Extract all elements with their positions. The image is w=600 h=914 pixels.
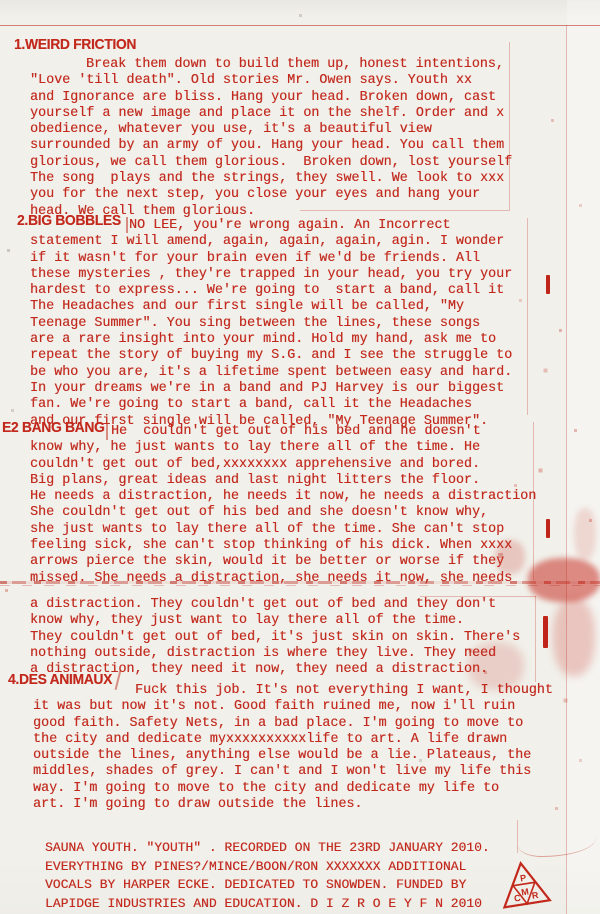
text-line: He couldn't get out of his bed and he do… — [30, 424, 550, 440]
credit-line: SAUNA YOUTH. "YOUTH" . RECORDED ON THE 2… — [45, 839, 490, 858]
text-line: The song plays and the strings, they swe… — [30, 171, 550, 187]
section-paragraph: He couldn't get out of his bed and he do… — [30, 424, 550, 587]
top-rule — [0, 25, 600, 26]
text-line: In your dreams we're in a band and PJ Ha… — [30, 381, 550, 397]
section-paragraph: a distraction. They couldn't get out of … — [30, 597, 550, 678]
text-line: middles, shades of grey. I can't and I w… — [33, 764, 553, 780]
text-line: glorious, we call them glorious. Broken … — [30, 155, 550, 171]
section-heading: 1.WEIRD FRICTION — [14, 36, 136, 53]
text-line: outside the lines, anything else would b… — [33, 748, 553, 764]
section-paragraph: Fuck this job. It's not everything I wan… — [33, 683, 553, 813]
typewritten-lyric-sheet: 1.WEIRD FRICTIONBreak them down to build… — [0, 0, 600, 914]
text-line: Big plans, great ideas and last night li… — [30, 473, 550, 489]
triangle-stamp: P C M R — [496, 856, 553, 911]
text-line: way. I'm going to move to the city and d… — [33, 781, 553, 797]
ink-smudge — [553, 598, 595, 676]
section-paragraph: Break them down to build them up, honest… — [30, 57, 550, 220]
text-line: statement I will amend, again, again, ag… — [30, 234, 550, 250]
text-line: a distraction. They couldn't get out of … — [30, 597, 550, 613]
text-line: obedience, whatever you use, it's a beau… — [30, 122, 550, 138]
text-line: surrounded by an army of you. Hang your … — [30, 138, 550, 154]
section-paragraph: NO LEE, you're wrong again. An Incorrect… — [30, 218, 550, 430]
text-line: fan. We're going to start a band, call i… — [30, 397, 550, 413]
text-line: feeling sick, she can't stop thinking of… — [30, 538, 550, 554]
text-line: if it wasn't for your brain even if we'd… — [30, 251, 550, 267]
credit-line: LAPIDGE INDUSTRIES AND EDUCATION. D I Z … — [45, 895, 490, 914]
text-line: the city and dedicate myxxxxxxxxxxlife t… — [33, 732, 553, 748]
text-line: repeat the story of buying my S.G. and I… — [30, 348, 550, 364]
text-line: these mysteries , they're trapped in you… — [30, 267, 550, 283]
text-line: Teenage Summer". You sing between the li… — [30, 316, 550, 332]
credit-line: VOCALS BY HARPER ECKE. DEDICATED TO SNOW… — [45, 876, 490, 895]
ink-smudge — [574, 508, 596, 560]
text-line: it was but now it's not. Good faith ruin… — [33, 699, 553, 715]
text-line: know why, they just want to lay there al… — [30, 613, 550, 629]
paper-speckles — [0, 0, 1, 1]
text-line: she just wants to lay there all of the t… — [30, 522, 550, 538]
stamp-letter-top: P — [519, 873, 527, 884]
text-line: you for the next step, you close your ey… — [30, 187, 550, 203]
credit-line: EVERYTHING BY PINES?/MINCE/BOON/RON XXXX… — [45, 858, 490, 877]
text-line: are a rare insight into your mind. Hold … — [30, 332, 550, 348]
text-line: hardest to express... We're going to sta… — [30, 283, 550, 299]
text-line: yourself a new image and place it on the… — [30, 106, 550, 122]
text-line: be who you are, it's a lifetime spent be… — [30, 365, 550, 381]
text-line: and Ignorance are bliss. Hang your head.… — [30, 90, 550, 106]
text-line: art. I'm going to draw outside the lines… — [33, 797, 553, 813]
text-line: "Love 'till death". Old stories Mr. Owen… — [30, 73, 550, 89]
text-line: arrows pierce the skin, would it be bett… — [30, 554, 550, 570]
text-line: nothing outside, distraction is where th… — [30, 646, 550, 662]
text-line: Fuck this job. It's not everything I wan… — [33, 683, 553, 699]
text-line: They couldn't get out of bed, it's just … — [30, 630, 550, 646]
stamp-letter-middle: M — [521, 886, 530, 897]
photocopy-edge-strip — [567, 0, 600, 914]
text-line: missed. She needs a distraction, she nee… — [30, 571, 550, 587]
text-line: The Headaches and our first single will … — [30, 299, 550, 315]
right-edge-line — [566, 25, 567, 914]
text-line: good faith. Safety Nets, in a bad place.… — [33, 716, 553, 732]
stamp-letter-right: R — [531, 890, 539, 901]
text-line: know why, he just wants to lay there all… — [30, 440, 550, 456]
text-line: couldn't get out of bed,xxxxxxxx apprehe… — [30, 457, 550, 473]
credits-footer: SAUNA YOUTH. "YOUTH" . RECORDED ON THE 2… — [45, 839, 490, 914]
text-line: Break them down to build them up, honest… — [30, 57, 550, 73]
text-line: He needs a distraction, he needs it now,… — [30, 489, 550, 505]
text-line: NO LEE, you're wrong again. An Incorrect — [30, 218, 550, 234]
text-line: She couldn't get out of his bed and she … — [30, 505, 550, 521]
